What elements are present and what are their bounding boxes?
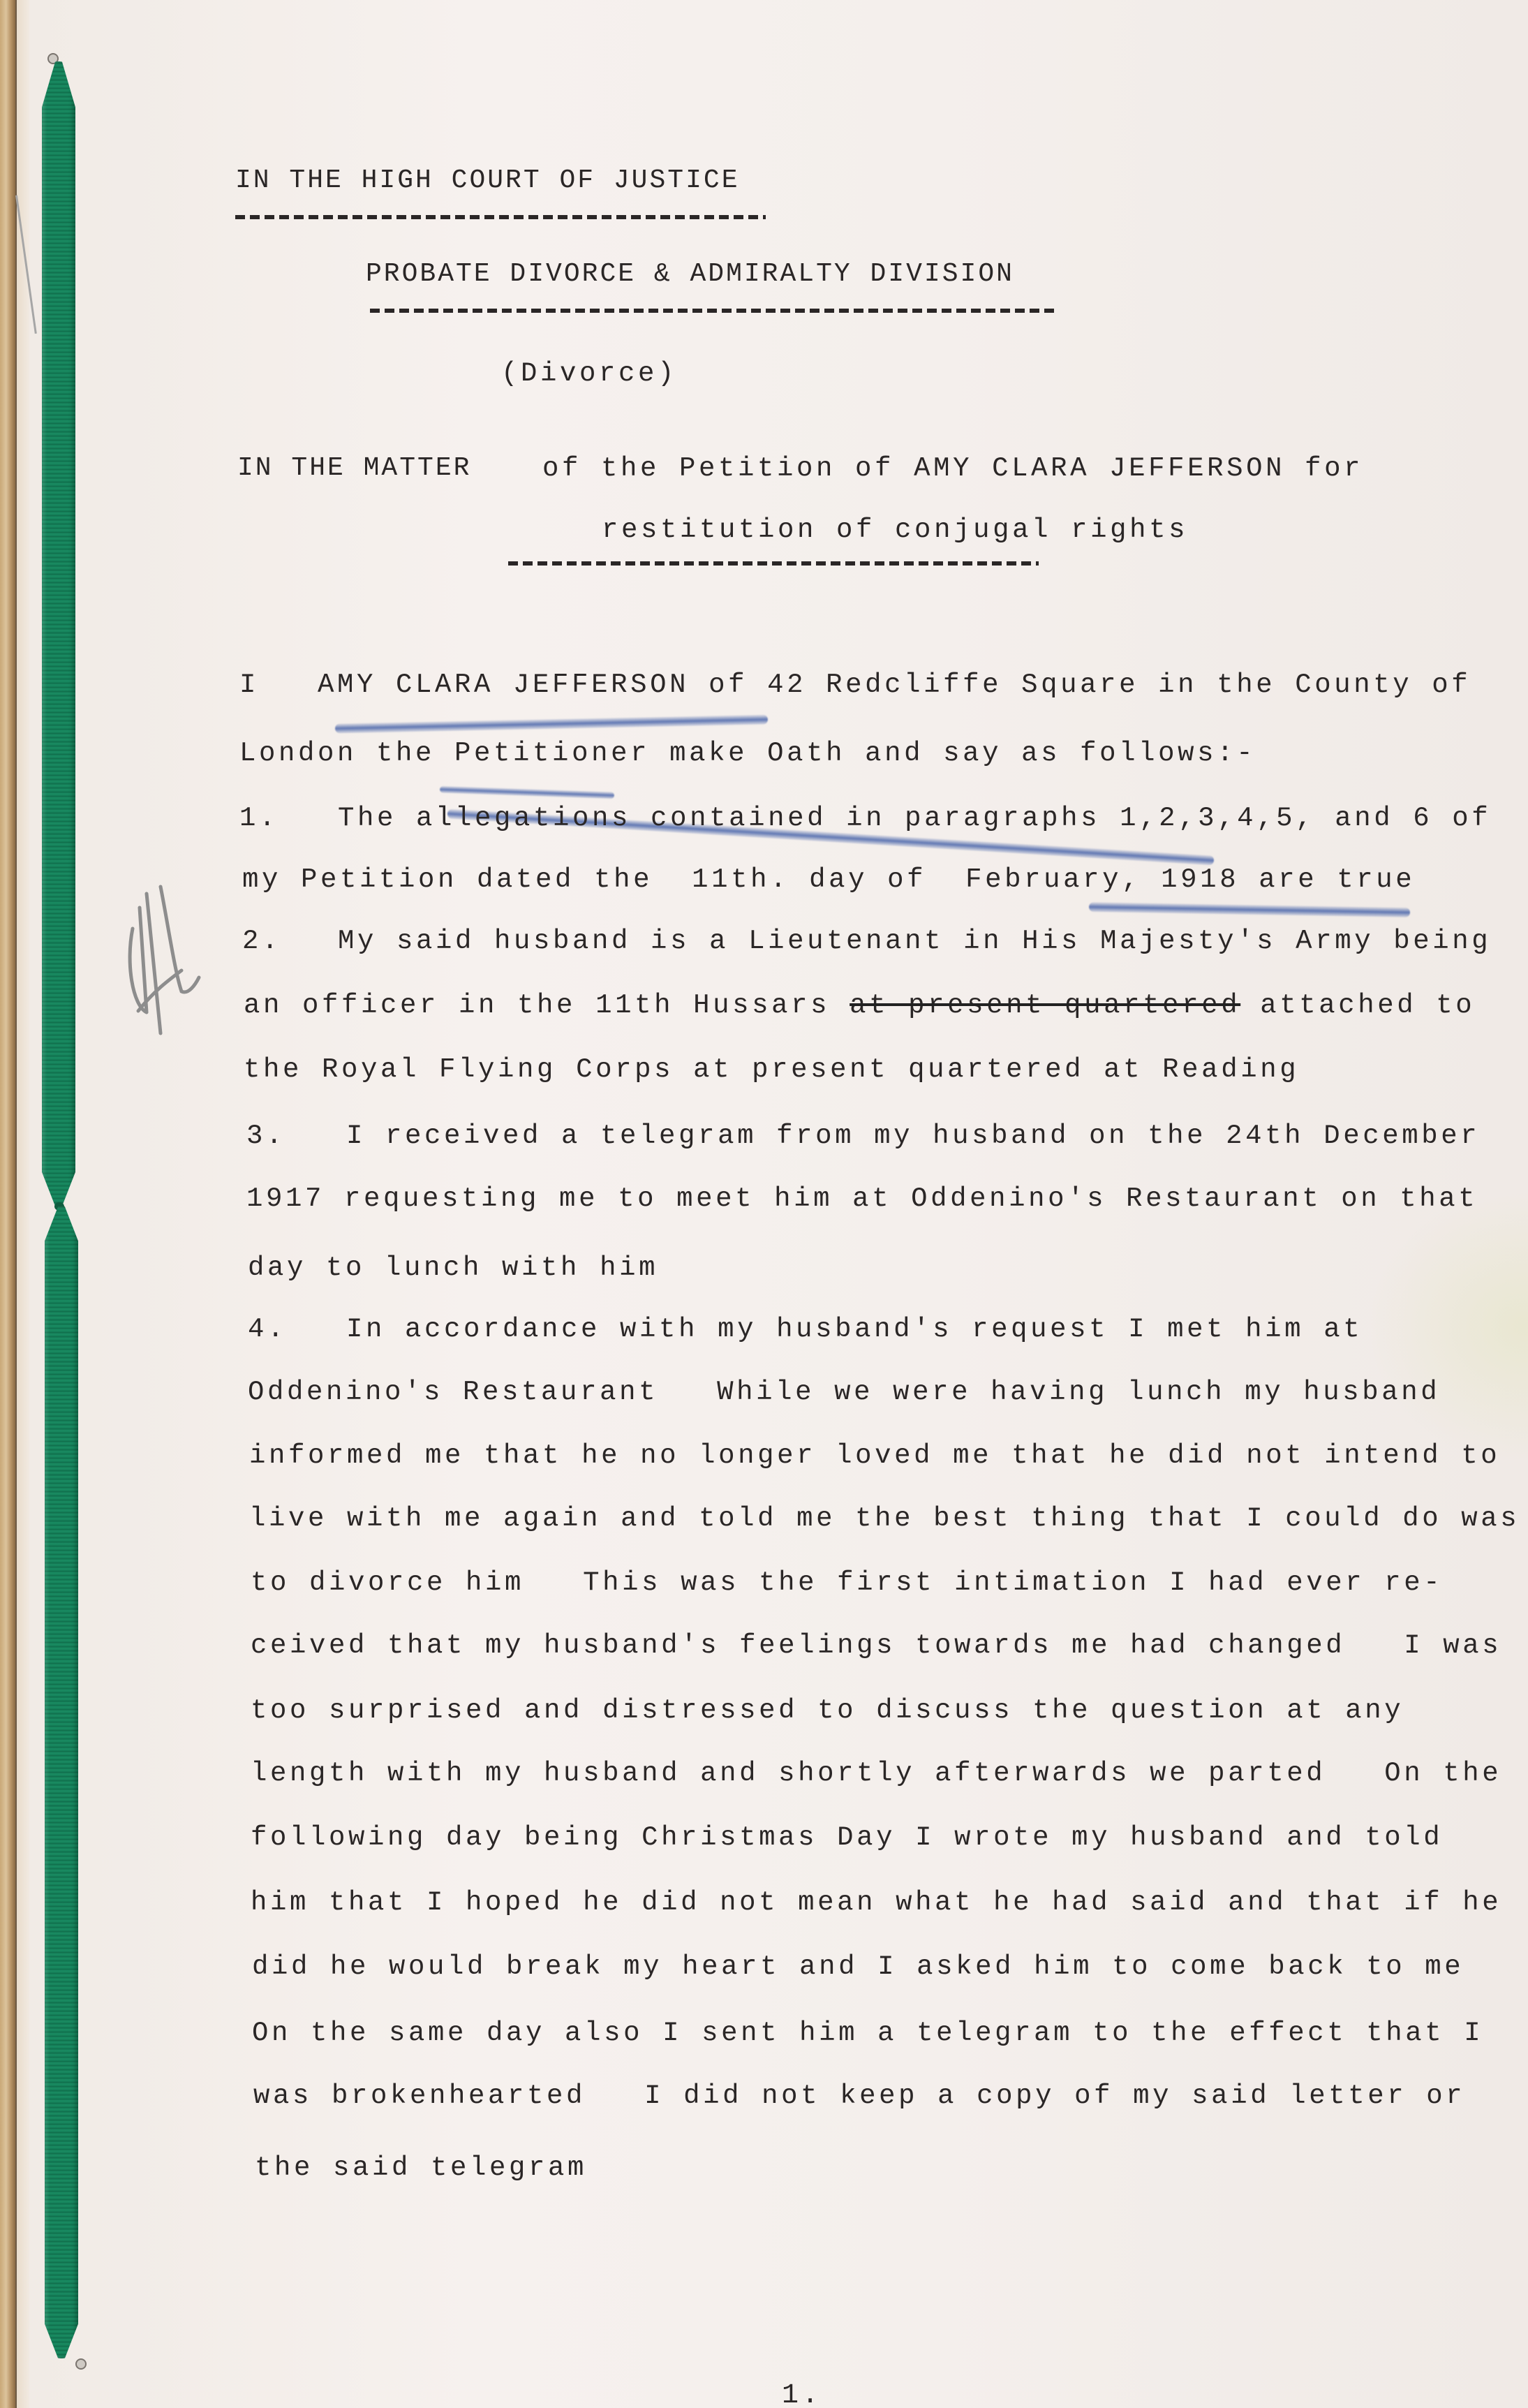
paragraph-2-line: the Royal Flying Corps at present quarte…: [244, 1056, 1299, 1084]
intro-line-2: London the Petitioner make Oath and say …: [239, 740, 1256, 767]
court-heading-underline: [235, 215, 766, 219]
paragraph-4-line: him that I hoped he did not mean what he…: [251, 1889, 1501, 1916]
paragraph-3-line: 1917 requesting me to meet him at Oddeni…: [246, 1185, 1478, 1213]
paragraph-2-number: 2.: [242, 928, 281, 955]
paragraph-4-line: following day being Christmas Day I wrot…: [251, 1824, 1443, 1852]
matter-underline: [508, 561, 1039, 566]
struck-out-text: at present quartered: [850, 990, 1240, 1021]
green-ribbon-tag-upper: [42, 61, 75, 1206]
intro-line-1: I AMY CLARA JEFFERSON of 42 Redcliffe Sq…: [239, 672, 1471, 699]
matter-line-1: of the Petition of AMY CLARA JEFFERSON f…: [542, 455, 1363, 482]
court-heading: IN THE HIGH COURT OF JUSTICE: [235, 168, 740, 194]
ribbon-bottom-fastener: [75, 2358, 87, 2370]
paragraph-2-line-text: an officer in the 11th Hussars: [244, 990, 850, 1021]
matter-line-2: restitution of conjugal rights: [602, 517, 1188, 544]
matter-label: IN THE MATTER: [237, 455, 471, 482]
paragraph-4-line: On the same day also I sent him a telegr…: [252, 2020, 1483, 2047]
page-number: 1.: [782, 2382, 822, 2408]
paragraph-4-line: was brokenhearted I did not keep a copy …: [253, 2083, 1465, 2110]
paragraph-2-line: My said husband is a Lieutenant in His M…: [338, 928, 1491, 955]
subdivision-label: (Divorce): [501, 360, 677, 387]
paragraph-4-line: Oddenino's Restaurant While we were havi…: [248, 1379, 1440, 1406]
initials-signature: [119, 866, 202, 1061]
paragraph-2-line: an officer in the 11th Hussars at presen…: [244, 992, 1475, 1019]
paragraph-1-line: The allegations contained in paragraphs …: [338, 805, 1491, 832]
paragraph-4-line: ceived that my husband's feelings toward…: [251, 1632, 1501, 1660]
green-ribbon-tag-lower: [45, 1206, 78, 2358]
paragraph-4-line: live with me again and told me the best …: [249, 1505, 1520, 1532]
paragraph-4-number: 4.: [248, 1316, 287, 1343]
division-heading: PROBATE DIVORCE & ADMIRALTY DIVISION: [366, 261, 1014, 288]
binding-edge: [15, 0, 31, 2408]
paragraph-1-line: my Petition dated the 11th. day of Febru…: [242, 866, 1415, 894]
paragraph-4-line: did he would break my heart and I asked …: [252, 1953, 1464, 1981]
paragraph-4-line: informed me that he no longer loved me t…: [249, 1442, 1500, 1470]
paragraph-4-line: the said telegram: [255, 2155, 587, 2182]
paragraph-3-number: 3.: [246, 1123, 285, 1150]
binding-spine: [0, 0, 15, 2408]
paragraph-3-line: day to lunch with him: [248, 1255, 658, 1282]
division-heading-underline: [370, 309, 1054, 313]
paragraph-4-line: length with my husband and shortly after…: [251, 1760, 1501, 1787]
paragraph-4-line: too surprised and distressed to discuss …: [251, 1697, 1404, 1724]
paragraph-1-number: 1.: [239, 805, 279, 832]
paragraph-4-line: In accordance with my husband's request …: [346, 1316, 1363, 1343]
paragraph-2-line-continuation: attached to: [1240, 990, 1475, 1021]
paragraph-4-line: to divorce him This was the first intima…: [251, 1569, 1443, 1597]
paragraph-3-line: I received a telegram from my husband on…: [346, 1123, 1480, 1150]
